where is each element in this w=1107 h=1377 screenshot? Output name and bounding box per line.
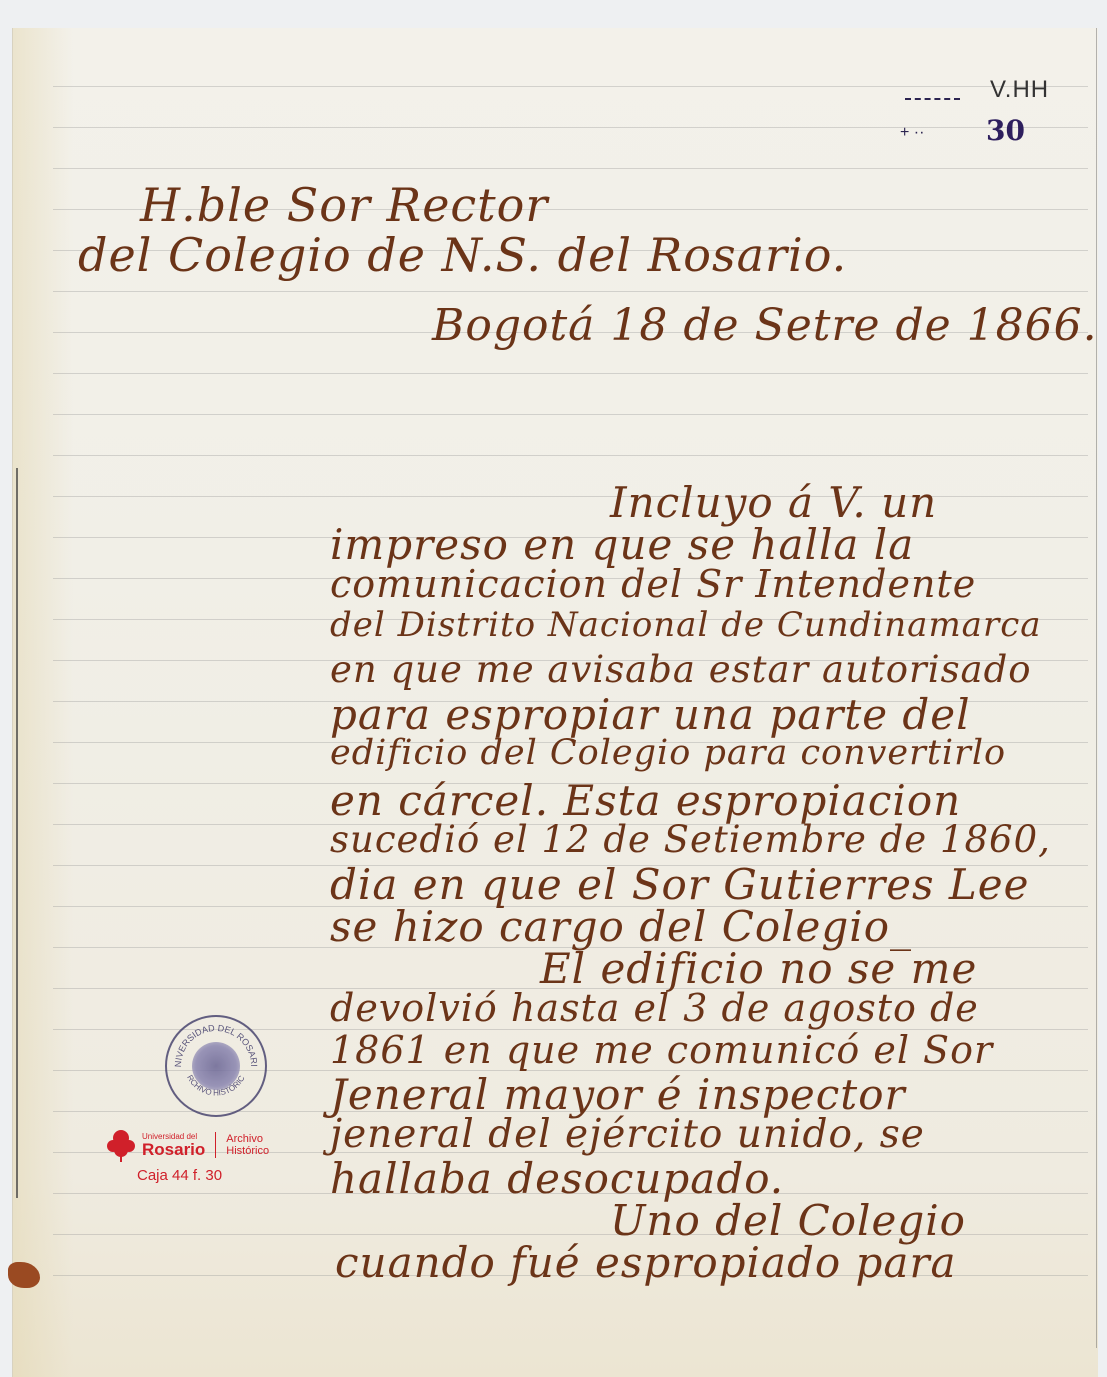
body-line: del Distrito Nacional de Cundinamarca [330,605,1042,645]
page-right-edge [1096,28,1097,1348]
body-line: jeneral del ejército unido, se [330,1112,925,1157]
ruled-line [53,168,1088,169]
body-line: edificio del Colegio para convertirlo [330,733,1006,773]
body-line: 1861 en que me comunicó el Sor [330,1028,993,1072]
body-line: en que me avisaba estar autorisado [330,648,1032,691]
svg-text:UNIVERSIDAD DEL ROSARIO: UNIVERSIDAD DEL ROSARIO [167,1017,259,1067]
logo-unit-line-2: Histórico [226,1145,269,1157]
body-line: cuando fué espropiado para [335,1238,957,1287]
body-line: devolvió hasta el 3 de agosto de [330,986,979,1030]
rosario-emblem-icon [106,1128,136,1162]
place-date: Bogotá 18 de Setre de 1866. [432,300,1098,351]
stamp-top-text: UNIVERSIDAD DEL ROSARIO [167,1017,259,1067]
ruled-line [53,455,1088,456]
box-folio-reference: Caja 44 f. 30 [137,1167,222,1184]
ruled-line [53,373,1088,374]
salutation-line-1: H.ble Sor Rector [140,178,548,232]
logo-institution-big: Rosario [142,1141,205,1158]
body-line: sucedió el 12 de Setiembre de 1860, [330,818,1051,861]
ruled-line [53,291,1088,292]
folio-number: 30 [986,114,1025,147]
institution-logo: Universidad del Rosario Archivo Históric… [106,1128,269,1162]
folio-dots: + ·· [900,124,924,142]
logo-divider [215,1132,216,1158]
folio-dashes [905,98,960,102]
logo-unit-line-1: Archivo [226,1133,269,1145]
ruled-line [53,414,1088,415]
ruled-line [53,86,1088,87]
salutation-line-2: del Colegio de N.S. del Rosario. [78,228,847,282]
body-line: comunicacion del Sr Intendente [330,562,976,606]
body-line: para espropiar una parte del [330,690,971,739]
archive-stamp: UNIVERSIDAD DEL ROSARIO ARCHIVO HISTÓRIC… [165,1015,267,1117]
page-edge-line [16,468,18,1198]
pencil-shelfmark: V.HH [990,76,1049,104]
ruled-line [53,127,1088,128]
stamp-ring-text-icon: UNIVERSIDAD DEL ROSARIO ARCHIVO HISTÓRIC… [167,1017,265,1115]
